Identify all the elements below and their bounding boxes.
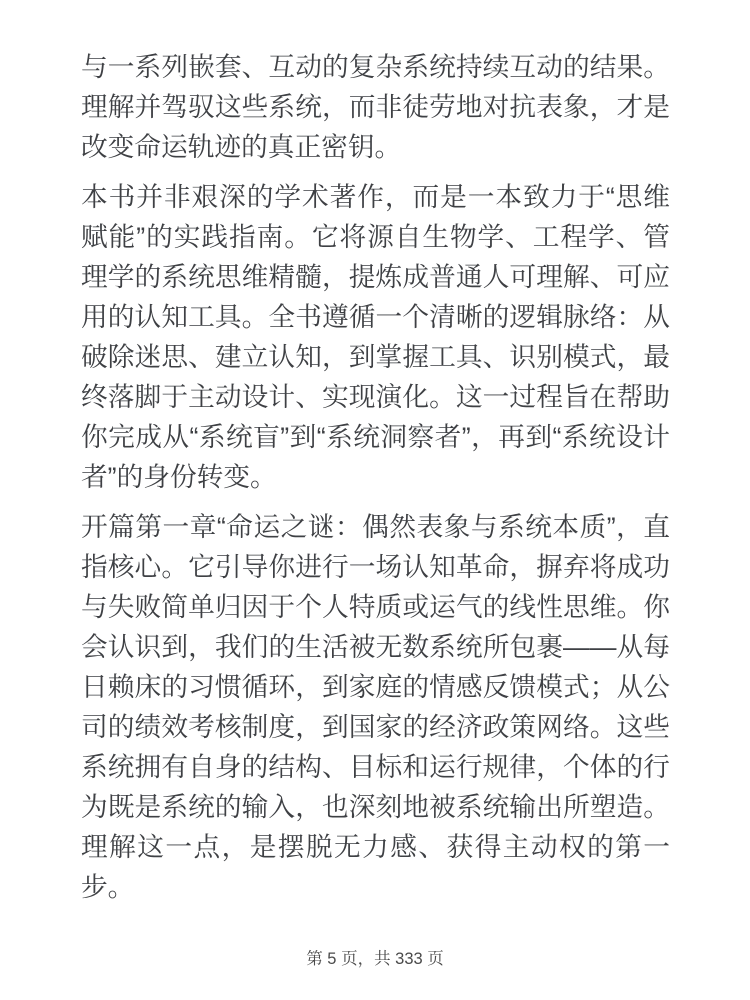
- page-number-indicator: 第 5 页，共 333 页: [306, 950, 444, 968]
- page-footer: 第 5 页，共 333 页: [0, 951, 750, 968]
- body-paragraph: 与一系列嵌套、互动的复杂系统持续互动的结果。理解并驾驭这些系统，而非徒劳地对抗表…: [81, 47, 670, 167]
- body-paragraph: 本书并非艰深的学术著作，而是一本致力于“思维赋能”的实践指南。它将源自生物学、工…: [81, 177, 670, 497]
- page-text-content: 与一系列嵌套、互动的复杂系统持续互动的结果。理解并驾驭这些系统，而非徒劳地对抗表…: [81, 47, 670, 907]
- body-paragraph: 开篇第一章“命运之谜：偶然表象与系统本质”，直指核心。它引导你进行一场认知革命，…: [81, 507, 670, 907]
- document-page: 与一系列嵌套、互动的复杂系统持续互动的结果。理解并驾驭这些系统，而非徒劳地对抗表…: [0, 0, 750, 1000]
